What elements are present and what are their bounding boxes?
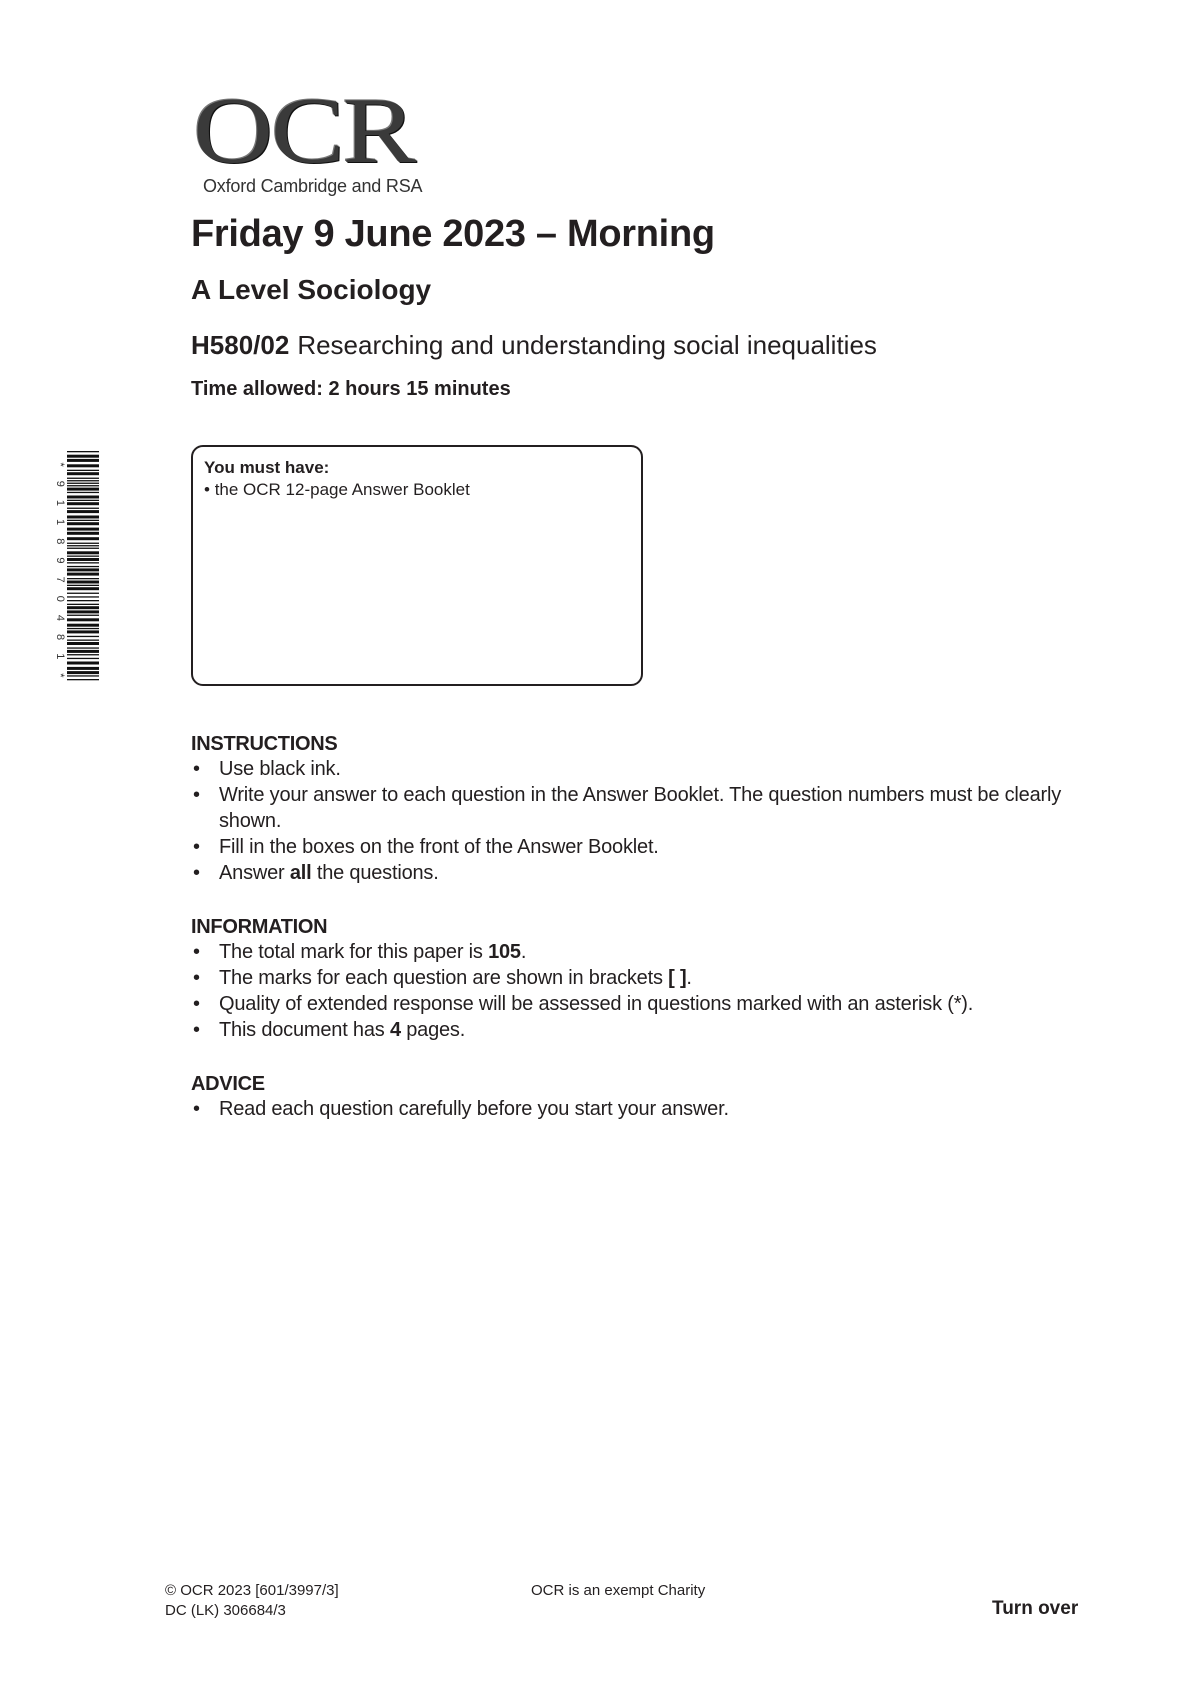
must-have-item: • the OCR 12-page Answer Booklet: [204, 480, 470, 500]
information-section: INFORMATION The total mark for this pape…: [191, 916, 1111, 1043]
list-item: Write your answer to each question in th…: [191, 782, 1091, 834]
list-item: Quality of extended response will be ass…: [191, 991, 1111, 1017]
time-allowed: Time allowed: 2 hours 15 minutes: [191, 378, 511, 401]
svg-text:*: *: [55, 673, 66, 678]
list-item: This document has 4 pages.: [191, 1017, 1111, 1043]
ocr-logo-tagline: Oxford Cambridge and RSA: [203, 176, 422, 197]
svg-text:8: 8: [55, 634, 66, 640]
paper-code-line: H580/02Researching and understanding soc…: [191, 330, 877, 361]
barcode-icon: *9118970481*: [55, 449, 99, 681]
paper-code: H580/02: [191, 330, 289, 360]
information-heading: INFORMATION: [191, 916, 1111, 939]
must-have-box: You must have: • the OCR 12-page Answer …: [191, 445, 643, 686]
svg-text:1: 1: [55, 500, 66, 506]
svg-text:9: 9: [55, 557, 66, 563]
svg-text:1: 1: [55, 519, 66, 525]
information-list: The total mark for this paper is 105.The…: [191, 939, 1111, 1043]
must-have-title: You must have:: [204, 458, 329, 478]
list-item: The total mark for this paper is 105.: [191, 939, 1111, 965]
svg-text:0: 0: [55, 596, 66, 602]
advice-heading: ADVICE: [191, 1073, 891, 1096]
turn-over-label: Turn over: [992, 1598, 1078, 1620]
advice-section: ADVICE Read each question carefully befo…: [191, 1073, 891, 1122]
svg-text:4: 4: [55, 615, 66, 621]
svg-text:7: 7: [55, 577, 66, 583]
list-item: Use black ink.: [191, 756, 1091, 782]
instructions-section: INSTRUCTIONS Use black ink.Write your an…: [191, 733, 1091, 886]
ocr-logo: OCR: [193, 84, 414, 178]
list-item: The marks for each question are shown in…: [191, 965, 1111, 991]
advice-list: Read each question carefully before you …: [191, 1096, 891, 1122]
footer-charity: OCR is an exempt Charity: [531, 1582, 705, 1599]
svg-text:9: 9: [55, 481, 66, 487]
svg-text:8: 8: [55, 538, 66, 544]
footer-copyright: © OCR 2023 [601/3997/3]: [165, 1582, 339, 1599]
list-item: Answer all the questions.: [191, 860, 1091, 886]
instructions-list: Use black ink.Write your answer to each …: [191, 756, 1091, 886]
list-item: Read each question carefully before you …: [191, 1096, 891, 1122]
exam-date-title: Friday 9 June 2023 – Morning: [191, 213, 715, 256]
svg-text:*: *: [55, 462, 66, 467]
svg-text:1: 1: [55, 653, 66, 659]
list-item: Fill in the boxes on the front of the An…: [191, 834, 1091, 860]
subject-title: A Level Sociology: [191, 274, 431, 306]
instructions-heading: INSTRUCTIONS: [191, 733, 1091, 756]
paper-title: Researching and understanding social ine…: [297, 330, 877, 360]
footer-doc-code: DC (LK) 306684/3: [165, 1602, 286, 1619]
